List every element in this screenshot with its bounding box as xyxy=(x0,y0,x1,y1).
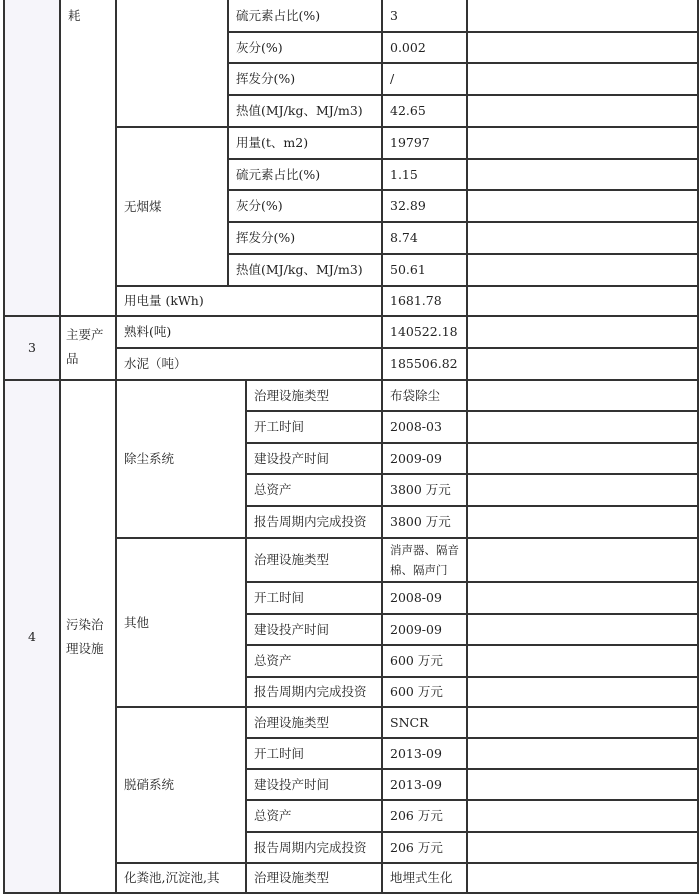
section2-index-cell xyxy=(4,0,60,316)
system-row-value: 206 万元 xyxy=(382,832,467,863)
system-row-value: 2013-09 xyxy=(382,738,467,769)
grid-line xyxy=(245,442,699,444)
system-row-label: 治理设施类型 xyxy=(246,380,382,411)
system-name-cell: 化粪池,沉淀池,其 xyxy=(116,863,246,893)
anthracite-row-value: 8.74 xyxy=(382,222,467,254)
system-row-value: 2008-03 xyxy=(382,411,467,443)
grid-line xyxy=(115,126,699,128)
grid-line xyxy=(245,768,699,770)
system-row-label: 治理设施类型 xyxy=(246,538,382,582)
system-row-value: 206 万元 xyxy=(382,800,467,832)
anthracite-name-cell: 无烟煤 xyxy=(116,127,228,286)
section4-category: 污染治理设施 xyxy=(66,613,108,659)
section3-category-cell: 主要产品 xyxy=(60,316,116,380)
grid-line xyxy=(245,613,699,615)
system-row-label: 建设投产时间 xyxy=(246,443,382,474)
fuel-row-label: 挥发分(%) xyxy=(228,63,382,95)
system-row-label: 开工时间 xyxy=(246,411,382,443)
system-row-label: 建设投产时间 xyxy=(246,769,382,800)
system-row-label: 报告周期内完成投资 xyxy=(246,506,382,538)
product-value: 140522.18 xyxy=(382,316,467,348)
electricity-label: 用电量 (kWh) xyxy=(116,286,382,316)
section3-category: 主要产品 xyxy=(66,323,108,372)
grid-line xyxy=(245,831,699,833)
system-row-value: SNCR xyxy=(382,707,467,738)
system-row-value: 布袋除尘 xyxy=(382,380,467,411)
system-row-value: 3800 万元 xyxy=(382,506,467,538)
section2-category: 耗 xyxy=(68,6,81,25)
system-row-label: 报告周期内完成投资 xyxy=(246,832,382,863)
section4-index: 4 xyxy=(28,627,36,646)
section4-category-cell: 污染治理设施 xyxy=(60,380,116,893)
system-row-value: 2008-09 xyxy=(382,582,467,614)
system-row-label: 总资产 xyxy=(246,645,382,677)
system-row-label: 建设投产时间 xyxy=(246,614,382,645)
system-row-label: 报告周期内完成投资 xyxy=(246,677,382,707)
system-row-label: 治理设施类型 xyxy=(246,863,382,893)
section4-index-cell: 4 xyxy=(4,380,60,893)
anthracite-row-value: 1.15 xyxy=(382,159,467,190)
grid-line xyxy=(227,31,699,33)
anthracite-row-label: 热值(MJ/kg、MJ/m3) xyxy=(228,254,382,286)
grid-line xyxy=(245,473,699,475)
anthracite-row-label: 灰分(%) xyxy=(228,190,382,222)
grid-line xyxy=(3,315,699,317)
grid-line xyxy=(697,0,699,894)
product-label: 水泥（吨） xyxy=(116,348,382,380)
fuel-row-value: 3 xyxy=(382,0,467,32)
fuel-row-label: 灰分(%) xyxy=(228,32,382,63)
system-row-label: 治理设施类型 xyxy=(246,707,382,738)
anthracite-row-label: 硫元素占比(%) xyxy=(228,159,382,190)
grid-line xyxy=(227,158,699,160)
grid-line xyxy=(59,0,61,894)
grid-line xyxy=(245,505,699,507)
grid-line xyxy=(245,410,699,412)
system-row-value: 2013-09 xyxy=(382,769,467,800)
system-row-label: 开工时间 xyxy=(246,738,382,769)
fuel-row-value: 42.65 xyxy=(382,95,467,127)
system-row-value: 600 万元 xyxy=(382,645,467,677)
grid-line xyxy=(245,380,247,894)
system-row-value: 消声器、隔音棉、隔声门 xyxy=(382,538,467,582)
system-row-value: 3800 万元 xyxy=(382,474,467,506)
grid-line xyxy=(245,676,699,678)
system-name-cell: 脱硝系统 xyxy=(116,707,246,863)
grid-line xyxy=(227,253,699,255)
system-row-value: 2009-09 xyxy=(382,443,467,474)
system-row-value: 地埋式生化 xyxy=(382,863,467,893)
grid-line xyxy=(466,0,468,894)
grid-line xyxy=(227,221,699,223)
grid-line xyxy=(3,892,699,894)
grid-line xyxy=(115,285,699,287)
grid-line xyxy=(245,799,699,801)
anthracite-row-value: 32.89 xyxy=(382,190,467,222)
section3-index: 3 xyxy=(28,338,36,357)
grid-line xyxy=(115,706,699,708)
product-label: 熟料(吨) xyxy=(116,316,382,348)
system-row-value: 600 万元 xyxy=(382,677,467,707)
fuel-row-value: 0.002 xyxy=(382,32,467,63)
system-row-label: 总资产 xyxy=(246,474,382,506)
grid-line xyxy=(227,0,229,287)
anthracite-row-label: 挥发分(%) xyxy=(228,222,382,254)
fuel-row-value: / xyxy=(382,63,467,95)
grid-line xyxy=(3,0,5,894)
grid-line xyxy=(245,644,699,646)
product-value: 185506.82 xyxy=(382,348,467,380)
grid-line xyxy=(227,94,699,96)
grid-line xyxy=(3,379,699,381)
section2-category-cell: 耗 xyxy=(60,0,116,316)
electricity-value: 1681.78 xyxy=(382,286,467,316)
system-name-cell: 其他 xyxy=(116,538,246,707)
anthracite-row-value: 50.61 xyxy=(382,254,467,286)
system-name-cell: 除尘系统 xyxy=(116,380,246,538)
system-row-label: 开工时间 xyxy=(246,582,382,614)
anthracite-row-label: 用量(t、m2) xyxy=(228,127,382,159)
anthracite-row-value: 19797 xyxy=(382,127,467,159)
grid-line xyxy=(245,581,699,583)
grid-line xyxy=(381,0,383,894)
system-row-label: 总资产 xyxy=(246,800,382,832)
system-row-value: 2009-09 xyxy=(382,614,467,645)
section3-index-cell: 3 xyxy=(4,316,60,380)
grid-line xyxy=(227,62,699,64)
grid-line xyxy=(227,189,699,191)
fuel-row-label: 硫元素占比(%) xyxy=(228,0,382,32)
grid-line xyxy=(115,347,699,349)
grid-line xyxy=(115,862,699,864)
grid-line xyxy=(245,737,699,739)
grid-line xyxy=(115,537,699,539)
fuel-row-label: 热值(MJ/kg、MJ/m3) xyxy=(228,95,382,127)
grid-line xyxy=(115,0,117,894)
